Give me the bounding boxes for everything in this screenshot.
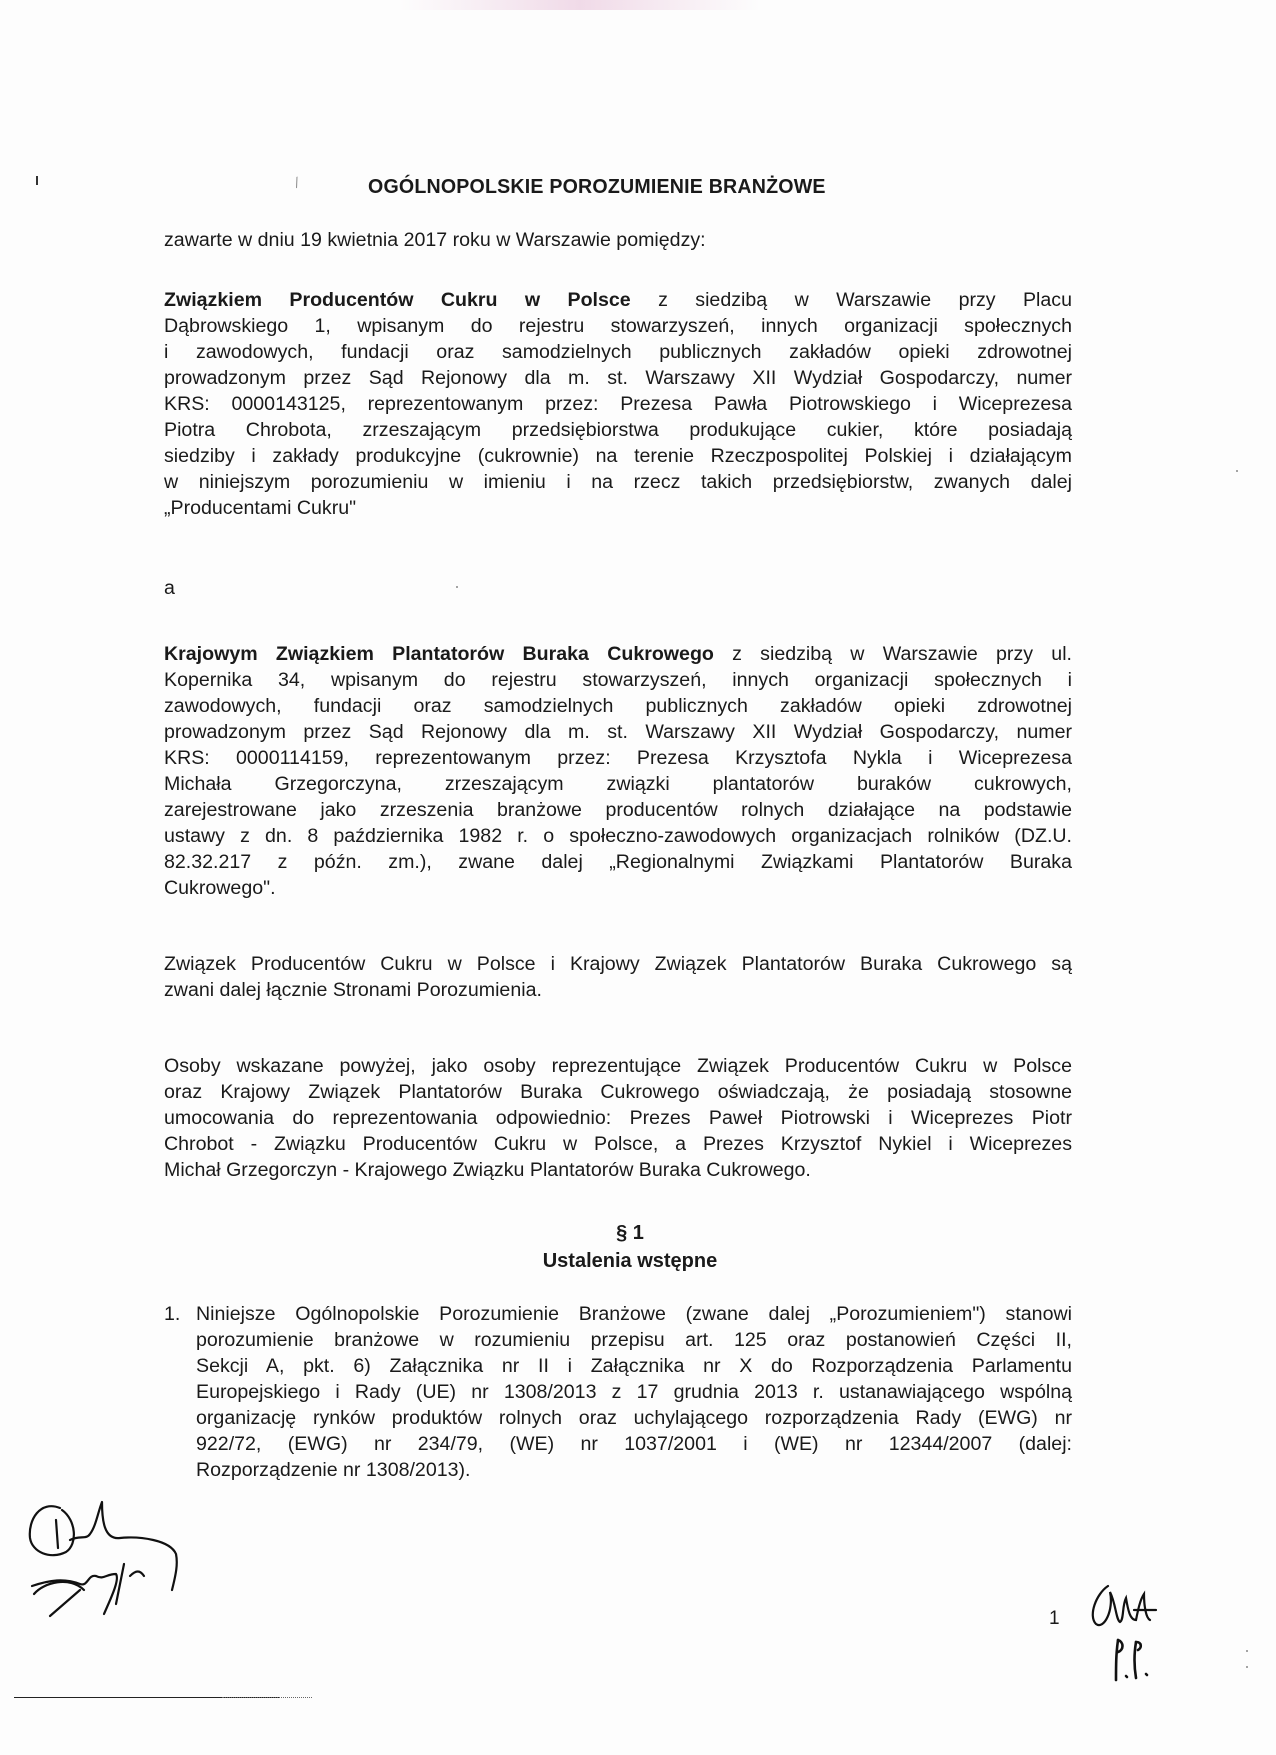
initials-signature-top	[1086, 1580, 1166, 1630]
representatives-line: Osoby wskazane powyżej, jako osoby repre…	[164, 1054, 1072, 1078]
scan-artifact	[400, 0, 760, 10]
party2-line: prowadzonym przez Sąd Rejonowy dla m. st…	[164, 720, 1072, 744]
party2-first-line: Krajowym Związkiem Plantatorów Buraka Cu…	[164, 642, 1072, 666]
representatives-line: Chrobot - Związku Producentów Cukru w Po…	[164, 1132, 1072, 1156]
party1-line: prowadzonym przez Sąd Rejonowy dla m. st…	[164, 366, 1072, 390]
list-item-line: Niniejsze Ogólnopolskie Porozumienie Bra…	[196, 1302, 1072, 1326]
parties-paragraph-line: zwani dalej łącznie Stronami Porozumieni…	[164, 978, 1072, 1002]
representatives-line: umocowania do reprezentowania odpowiedni…	[164, 1106, 1072, 1130]
party2-line: zarejestrowane jako zrzeszenia branżowe …	[164, 798, 1072, 822]
party1-line: „Producentami Cukru"	[164, 496, 1072, 520]
list-item-number: 1.	[164, 1302, 180, 1326]
initials-signature-bottom	[1112, 1636, 1162, 1682]
party1-line: Piotra Chrobota, zrzeszającym przedsiębi…	[164, 418, 1072, 442]
scan-speck	[456, 586, 458, 588]
list-item-line: Europejskiego i Rady (UE) nr 1308/2013 z…	[196, 1380, 1072, 1404]
scan-speck	[1246, 1650, 1248, 1652]
party1-line: siedziby i zakłady produkcyjne (cukrowni…	[164, 444, 1072, 468]
conjunction: a	[164, 576, 1072, 600]
document-title: OGÓLNOPOLSKIE POROZUMIENIE BRANŻOWE	[368, 176, 826, 199]
list-item-line: Rozporządzenie nr 1308/2013).	[196, 1458, 1072, 1482]
footer-dotted-rule	[222, 1697, 312, 1698]
margin-mark	[36, 176, 38, 185]
scan-speck	[1236, 470, 1238, 472]
party2-name: Krajowym Związkiem Plantatorów Buraka Cu…	[164, 643, 714, 665]
party2-line: 82.32.217 z późn. zm.), zwane dalej „Reg…	[164, 850, 1072, 874]
party1-name: Związkiem Producentów Cukru w Polsce	[164, 289, 631, 311]
representatives-line: oraz Krajowy Związek Plantatorów Buraka …	[164, 1080, 1072, 1104]
representatives-line: Michał Grzegorczyn - Krajowego Związku P…	[164, 1158, 1072, 1182]
party1-line: i zawodowych, fundacji oraz samodzielnyc…	[164, 340, 1072, 364]
party1-line: KRS: 0000143125, reprezentowanym przez: …	[164, 392, 1072, 416]
pen-mark-icon: ⁄	[292, 174, 302, 189]
section-heading: Ustalenia wstępne	[0, 1250, 1268, 1273]
page-number: 1	[1049, 1608, 1060, 1630]
party1-line: Dąbrowskiego 1, wpisanym do rejestru sto…	[164, 314, 1072, 338]
party2-line: Kopernika 34, wpisanym do rejestru stowa…	[164, 668, 1072, 692]
party2-line: zawodowych, fundacji oraz samodzielnych …	[164, 694, 1072, 718]
party1-line: w niniejszym porozumieniu w imieniu i na…	[164, 470, 1072, 494]
intro-line: zawarte w dniu 19 kwietnia 2017 roku w W…	[164, 228, 1072, 252]
party2-line: KRS: 0000114159, reprezentowanym przez: …	[164, 746, 1072, 770]
list-item-line: organizację rynków produktów rolnych ora…	[196, 1406, 1072, 1430]
scan-speck	[1246, 1666, 1248, 1668]
list-item-line: 922/72, (EWG) nr 234/79, (WE) nr 1037/20…	[196, 1432, 1072, 1456]
parties-paragraph-line: Związek Producentów Cukru w Polsce i Kra…	[164, 952, 1072, 976]
party2-line: ustawy z dn. 8 października 1982 r. o sp…	[164, 824, 1072, 848]
party2-line: Cukrowego".	[164, 876, 1072, 900]
document-page: ⁄ OGÓLNOPOLSKIE POROZUMIENIE BRANŻOWE za…	[0, 0, 1276, 1755]
list-item-line: porozumienie branżowe w rozumieniu przep…	[196, 1328, 1072, 1352]
list-item-line: Sekcji A, pkt. 6) Załącznika nr II i Zał…	[196, 1354, 1072, 1378]
party2-line: Michała Grzegorczyna, zrzeszającym związ…	[164, 772, 1072, 796]
signature-left	[20, 1490, 210, 1620]
section-number: § 1	[0, 1222, 1268, 1245]
party1-first-line: Związkiem Producentów Cukru w Polsce z s…	[164, 288, 1072, 312]
